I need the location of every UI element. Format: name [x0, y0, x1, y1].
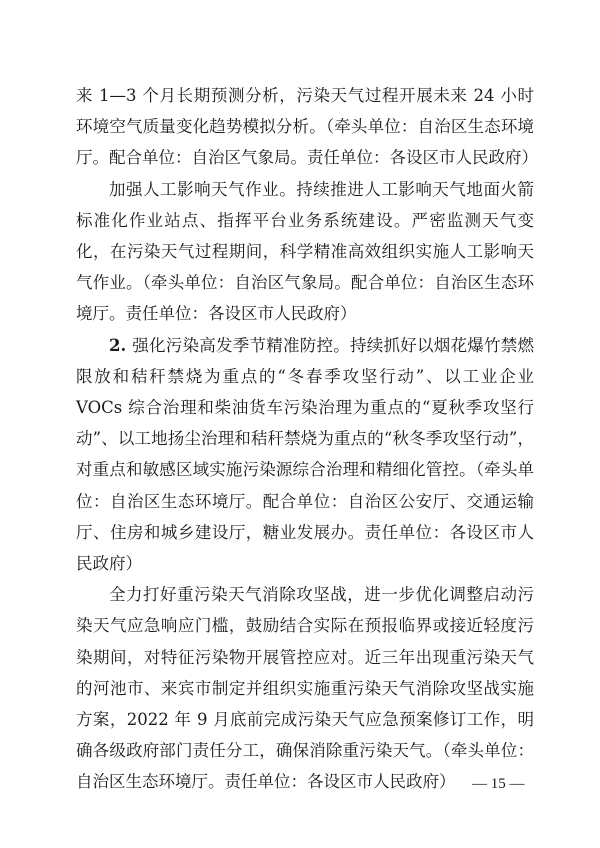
- paragraph-text: 来 1—3 个月长期预测分析，污染天气过程开展未来 24 小时环境空气质量变化趋…: [76, 86, 538, 167]
- paragraph-seasonal-control: 2. 强化污染高发季节精准防控。持续抓好以烟花爆竹禁燃限放和秸秆禁烧为重点的“冬…: [76, 330, 534, 580]
- document-body: 来 1—3 个月长期预测分析，污染天气过程开展未来 24 小时环境空气质量变化趋…: [76, 80, 534, 798]
- paragraph-artificial-weather: 加强人工影响天气作业。持续推进人工影响天气地面火箭标准化作业站点、指挥平台业务系…: [76, 174, 534, 330]
- page-number: — 15 —: [472, 776, 525, 793]
- paragraph-text: 全力打好重污染天气消除攻坚战，进一步优化调整启动污染天气应急响应门槛，鼓励结合实…: [76, 585, 534, 791]
- paragraph-text: 加强人工影响天气作业。持续推进人工影响天气地面火箭标准化作业站点、指挥平台业务系…: [76, 180, 534, 324]
- paragraph-heavy-pollution: 全力打好重污染天气消除攻坚战，进一步优化调整启动污染天气应急响应门槛，鼓励结合实…: [76, 579, 534, 797]
- paragraph-forecast-analysis: 来 1—3 个月长期预测分析，污染天气过程开展未来 24 小时环境空气质量变化趋…: [76, 80, 534, 174]
- paragraph-text: 强化污染高发季节精准防控。持续抓好以烟花爆竹禁燃限放和秸秆禁烧为重点的“冬春季攻…: [76, 336, 534, 573]
- section-number: 2.: [109, 336, 132, 355]
